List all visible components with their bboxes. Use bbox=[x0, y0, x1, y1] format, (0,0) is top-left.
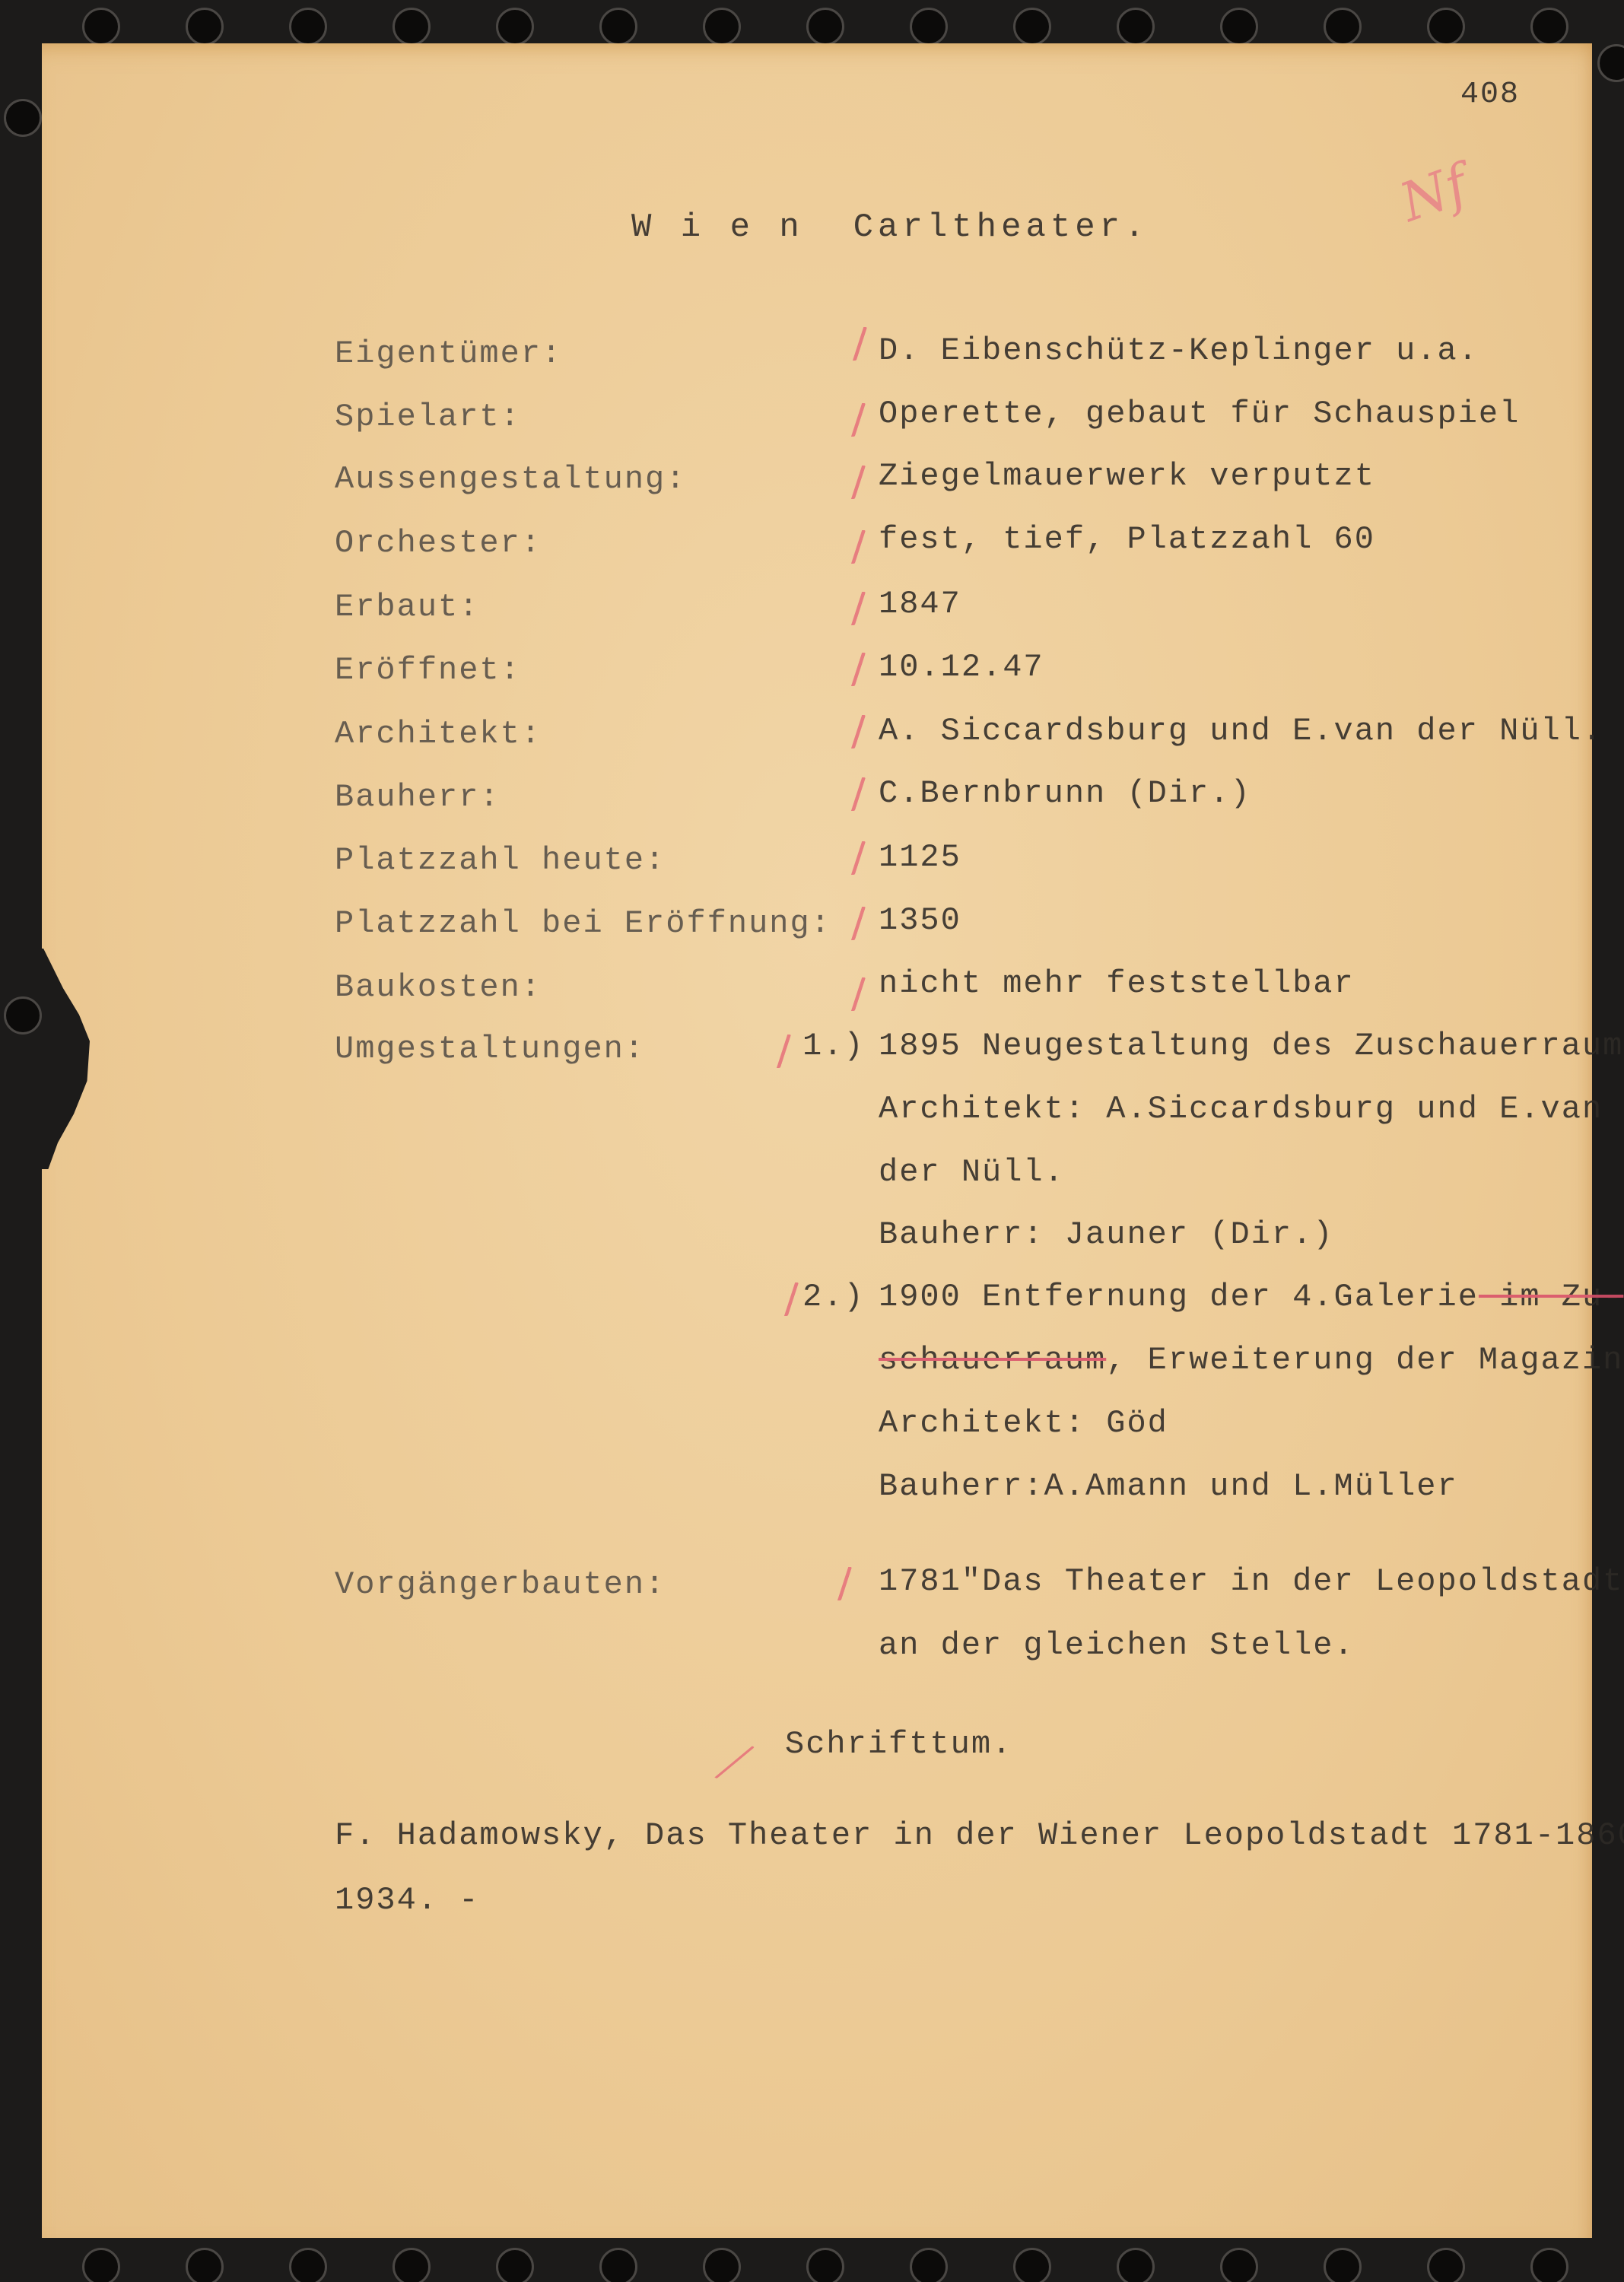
reference-line: F. Hadamowsky, Das Theater in der Wiener… bbox=[335, 1820, 1624, 1851]
section-heading: Schrifttum. bbox=[785, 1728, 1012, 1760]
struck-text: schauerraum bbox=[879, 1342, 1106, 1378]
item-line: Bauherr: Jauner (Dir.) bbox=[879, 1219, 1334, 1251]
field-label: Erbaut: bbox=[335, 591, 479, 623]
field-label: Baukosten: bbox=[335, 971, 542, 1003]
item-text: 1900 Entfernung der 4.Galerie bbox=[879, 1279, 1479, 1315]
field-value: C.Bernbrunn (Dir.) bbox=[879, 777, 1251, 809]
binder-hole bbox=[82, 2248, 120, 2282]
binder-hole bbox=[4, 99, 42, 137]
binder-hole bbox=[186, 8, 224, 46]
field-label: Umgestaltungen: bbox=[335, 1033, 645, 1065]
field-value: Ziegelmauerwerk verputzt bbox=[879, 460, 1375, 492]
field-label: Platzzahl heute: bbox=[335, 844, 666, 876]
item-text: , Erweiterung der Magazine. bbox=[1106, 1342, 1624, 1378]
binder-hole bbox=[1013, 2248, 1051, 2282]
item-line: 1900 Entfernung der 4.Galerie im Zu- bbox=[879, 1281, 1623, 1313]
field-value: 1125 bbox=[879, 841, 961, 873]
binder-hole bbox=[599, 2248, 637, 2282]
binder-hole bbox=[1530, 2248, 1568, 2282]
field-value: 1847 bbox=[879, 588, 961, 620]
field-value: A. Siccardsburg und E.van der Nüll. bbox=[879, 715, 1603, 747]
page-title: W i e n Carltheater. bbox=[631, 211, 1149, 243]
binder-hole bbox=[1597, 44, 1624, 82]
binder-hole bbox=[1530, 8, 1568, 46]
binder-hole bbox=[1117, 2248, 1155, 2282]
struck-text: im Zu- bbox=[1479, 1279, 1623, 1315]
item-line: 1895 Neugestaltung des Zuschauerraumes bbox=[879, 1030, 1624, 1062]
field-value: 1781"Das Theater in der Leopoldstadt" bbox=[879, 1565, 1624, 1597]
binder-hole bbox=[186, 2248, 224, 2282]
binder-hole bbox=[496, 8, 534, 46]
field-label: Spielart: bbox=[335, 401, 521, 433]
field-label: Orchester: bbox=[335, 527, 542, 559]
item-line: der Nüll. bbox=[879, 1156, 1065, 1188]
binder-hole bbox=[1220, 8, 1258, 46]
field-value: Operette, gebaut für Schauspiel bbox=[879, 398, 1520, 430]
field-label: Platzzahl bei Eröffnung: bbox=[335, 907, 831, 939]
binder-hole bbox=[910, 2248, 948, 2282]
binder-hole bbox=[599, 8, 637, 46]
binder-hole bbox=[806, 8, 844, 46]
field-label: Aussengestaltung: bbox=[335, 463, 686, 495]
field-label: Eigentümer: bbox=[335, 338, 562, 370]
binder-hole bbox=[496, 2248, 534, 2282]
binder-hole bbox=[1324, 2248, 1362, 2282]
binder-hole bbox=[1013, 8, 1051, 46]
field-label: Bauherr: bbox=[335, 781, 501, 813]
field-label: Vorgängerbauten: bbox=[335, 1568, 666, 1600]
binder-hole bbox=[1427, 8, 1465, 46]
field-value: D. Eibenschütz-Keplinger u.a. bbox=[879, 335, 1479, 367]
binder-hole bbox=[289, 8, 327, 46]
item-line: schauerraum, Erweiterung der Magazine. bbox=[879, 1344, 1624, 1376]
page-number: 408 bbox=[1460, 79, 1520, 111]
binder-hole bbox=[806, 2248, 844, 2282]
item-line: Architekt: A.Siccardsburg und E.van bbox=[879, 1093, 1603, 1125]
item-number: 1.) bbox=[802, 1030, 865, 1062]
document-page bbox=[42, 43, 1592, 2238]
field-label: Eröffnet: bbox=[335, 654, 521, 686]
binder-hole bbox=[1324, 8, 1362, 46]
field-label: Architekt: bbox=[335, 718, 542, 750]
binder-hole bbox=[392, 2248, 431, 2282]
binder-hole bbox=[392, 8, 431, 46]
binder-hole bbox=[910, 8, 948, 46]
binder-hole bbox=[1427, 2248, 1465, 2282]
field-value: an der gleichen Stelle. bbox=[879, 1629, 1355, 1661]
binder-hole bbox=[1220, 2248, 1258, 2282]
binder-hole bbox=[289, 2248, 327, 2282]
binder-hole bbox=[703, 8, 741, 46]
field-value: 1350 bbox=[879, 904, 961, 936]
item-line: Architekt: Göd bbox=[879, 1407, 1168, 1439]
item-number: 2.) bbox=[802, 1281, 865, 1313]
binder-hole bbox=[703, 2248, 741, 2282]
field-value: 10.12.47 bbox=[879, 651, 1044, 683]
binder-hole bbox=[4, 996, 42, 1035]
binder-hole bbox=[82, 8, 120, 46]
field-value: nicht mehr feststellbar bbox=[879, 968, 1355, 1000]
binder-hole bbox=[1117, 8, 1155, 46]
field-value: fest, tief, Platzzahl 60 bbox=[879, 523, 1375, 555]
item-line: Bauherr:A.Amann und L.Müller bbox=[879, 1470, 1458, 1502]
reference-line: 1934. - bbox=[335, 1884, 479, 1916]
